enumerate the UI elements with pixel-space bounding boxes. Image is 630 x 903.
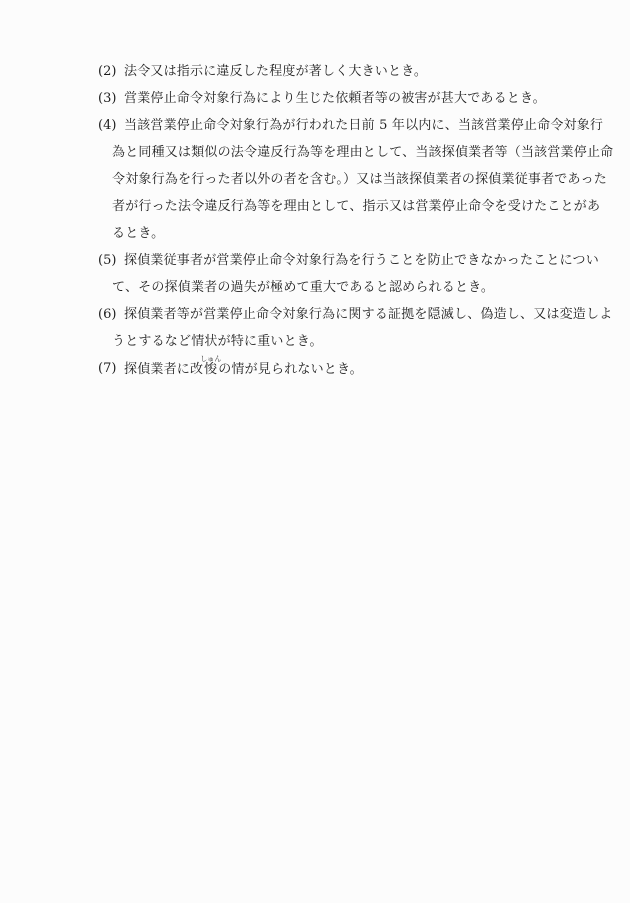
item-line: 令対象行為を行った者以外の者を含む。）又は当該探偵業者の探偵業従事者であった <box>112 166 616 193</box>
text-after-ruby: の情が見られないとき。 <box>218 362 363 377</box>
item-number: (2) <box>98 58 116 85</box>
text-before-ruby: 探偵業者に改 <box>124 362 203 377</box>
item-line: 探偵業者に改悛しゅんの情が見られないとき。 <box>112 355 616 383</box>
furigana-kaishun: 悛しゅん <box>203 362 218 377</box>
item-line: 探偵業従事者が営業停止命令対象行為を行うことを防止できなかったことについ <box>112 247 616 274</box>
list-item-2: (2) 法令又は指示に違反した程度が著しく大きいとき。 <box>98 58 616 85</box>
list-item-4: (4) 当該営業停止命令対象行為が行われた日前 5 年以内に、当該営業停止命令対… <box>98 112 616 247</box>
list-item-5: (5) 探偵業従事者が営業停止命令対象行為を行うことを防止できなかったことについ… <box>98 247 616 301</box>
item-number: (3) <box>98 85 116 112</box>
item-line: 法令又は指示に違反した程度が著しく大きいとき。 <box>112 58 616 85</box>
item-line: て、その探偵業者の過失が極めて重大であると認められるとき。 <box>112 274 616 301</box>
list-item-3: (3) 営業停止命令対象行為により生じた依頼者等の被害が甚大であるとき。 <box>98 85 616 112</box>
item-line: 者が行った法令違反行為等を理由として、指示又は営業停止命令を受けたことがあ <box>112 193 616 220</box>
ruby-text: しゅん <box>200 355 221 363</box>
item-line: うとするなど情状が特に重いとき。 <box>112 328 616 355</box>
document-page: (2) 法令又は指示に違反した程度が著しく大きいとき。 (3) 営業停止命令対象… <box>0 0 630 383</box>
item-number: (5) <box>98 247 116 274</box>
list-item-7: (7) 探偵業者に改悛しゅんの情が見られないとき。 <box>98 355 616 383</box>
item-number: (4) <box>98 112 116 139</box>
list-item-6: (6) 探偵業者等が営業停止命令対象行為に関する証拠を隠滅し、偽造し、又は変造し… <box>98 301 616 355</box>
item-line: 営業停止命令対象行為により生じた依頼者等の被害が甚大であるとき。 <box>112 85 616 112</box>
item-line: 当該営業停止命令対象行為が行われた日前 5 年以内に、当該営業停止命令対象行 <box>112 112 616 139</box>
item-line: 探偵業者等が営業停止命令対象行為に関する証拠を隠滅し、偽造し、又は変造しよ <box>112 301 616 328</box>
item-number: (7) <box>98 355 116 382</box>
item-line: るとき。 <box>112 220 616 247</box>
item-line: 為と同種又は類似の法令違反行為等を理由として、当該探偵業者等（当該営業停止命 <box>112 139 616 166</box>
item-number: (6) <box>98 301 116 328</box>
